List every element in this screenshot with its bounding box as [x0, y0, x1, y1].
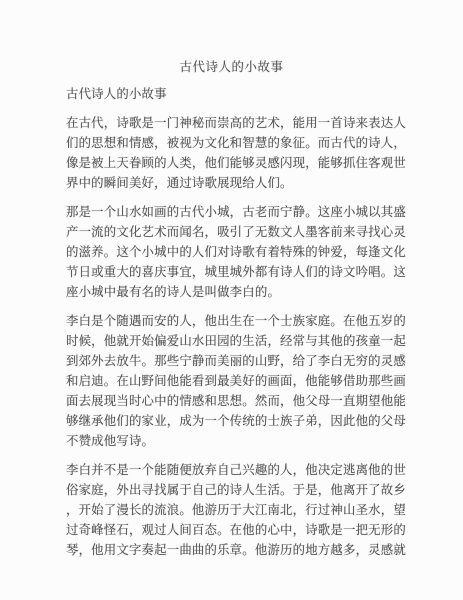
document-body: 古代诗人的小故事 在古代，诗歌是一门神秘而崇高的艺术，能用一首诗来表达人 们的思… — [66, 84, 406, 560]
text-line: 产一流的文化艺术而闻名，吸引了无数文人墨客前来寻找心灵 — [66, 222, 406, 242]
text-line: 李白并不是一个能随便放弃自己兴趣的人，他决定逃离他的世 — [66, 460, 406, 480]
story-heading-text: 古代诗人的小故事 — [66, 84, 406, 104]
story-heading: 古代诗人的小故事 — [66, 84, 406, 104]
text-line: 面去展现当时心中的情感和思想。然而，他父母一直期望他能 — [66, 391, 406, 411]
paragraph-3: 李白是个随遇而安的人，他出生在一个士族家庭。在他五岁的 时候，他就开始偏爱山水田… — [66, 311, 406, 451]
text-line: 座小城中最有名的诗人是叫做李白的。 — [66, 282, 406, 302]
text-line: 的滋养。这个小城中的人们对诗歌有着特殊的钟爱，每逢文化 — [66, 242, 406, 262]
text-line: 琴，他用文字奏起一曲曲的乐章。他游历的地方越多，灵感就 — [66, 540, 406, 560]
text-line: ，开始了漫长的流浪。他游历于大江南北，行过神山圣水，望 — [66, 500, 406, 520]
text-line: 那是一个山水如画的古代小城，古老而宁静。这座小城以其盛 — [66, 202, 406, 222]
text-line: 时候，他就开始偏爱山水田园的生活，经常与其他的孩童一起 — [66, 331, 406, 351]
text-line: 们的思想和情感，被视为文化和智慧的象征。而古代的诗人， — [66, 133, 406, 153]
paragraph-2: 那是一个山水如画的古代小城，古老而宁静。这座小城以其盛 产一流的文化艺术而闻名，… — [66, 202, 406, 302]
text-line: 节日或重大的喜庆事宜，城里城外都有诗人们的诗文吟唱。这 — [66, 262, 406, 282]
text-line: 在古代，诗歌是一门神秘而崇高的艺术，能用一首诗来表达人 — [66, 113, 406, 133]
text-line: 和启迪。在山野间他能看到最美好的画面，他能够借助那些画 — [66, 371, 406, 391]
text-line: 像是被上天眷顾的人类，他们能够灵感闪现，能够抓住客观世 — [66, 153, 406, 173]
text-line: 到郊外去放牛。那些宁静而美丽的山野，给了李白无穷的灵感 — [66, 351, 406, 371]
text-line: 够继承他们的家业，成为一个传统的士族子弟，因此他的父母 — [66, 411, 406, 431]
document-title: 古代诗人的小故事 — [0, 57, 463, 75]
text-line: 俗家庭，外出寻找属于自己的诗人生活。于是，他离开了故乡 — [66, 480, 406, 500]
paragraph-1: 在古代，诗歌是一门神秘而崇高的艺术，能用一首诗来表达人 们的思想和情感，被视为文… — [66, 113, 406, 193]
text-line: 李白是个随遇而安的人，他出生在一个士族家庭。在他五岁的 — [66, 311, 406, 331]
text-line: 不赞成他写诗。 — [66, 431, 406, 451]
text-line: 界中的瞬间美好，通过诗歌展现给人们。 — [66, 173, 406, 193]
paragraph-4: 李白并不是一个能随便放弃自己兴趣的人，他决定逃离他的世 俗家庭，外出寻找属于自己… — [66, 460, 406, 560]
text-line: 过奇峰怪石，观过人间百态。在他的心中，诗歌是一把无形的 — [66, 520, 406, 540]
document-page: 古代诗人的小故事 古代诗人的小故事 在古代，诗歌是一门神秘而崇高的艺术，能用一首… — [0, 0, 463, 600]
